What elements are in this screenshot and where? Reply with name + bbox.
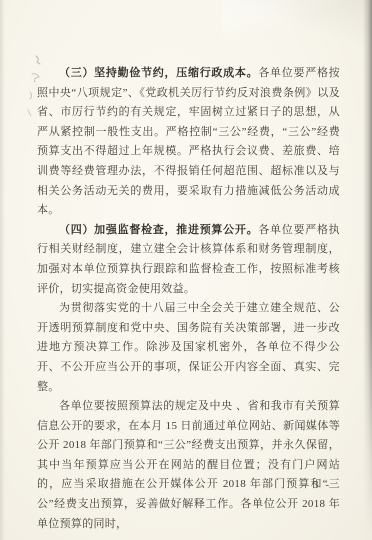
paragraph-clause-4: （四）加强监督检查，推进预算公开。各单位要严格执行相关财经制度，建立建全会计核算… <box>37 221 340 299</box>
paragraph-text: 各单位要按照预算法的规定及中央 、省和我市有关预算信息公开的要求，在本月 15 … <box>37 400 340 530</box>
paragraph-clause-3: （三）坚持勤俭节约，压缩行政成本。各单位要严格按照中央“八项规定”、《党政机关厉… <box>37 64 340 221</box>
paragraph-text: 各单位要严格按照中央“八项规定”、《党政机关厉行节约反对浪费条例》以及省、市厉行… <box>37 67 340 216</box>
paragraph-disclosure-requirements: 各单位要按照预算法的规定及中央 、省和我市有关预算信息公开的要求，在本月 15 … <box>37 397 340 534</box>
paragraph-text: 为贯彻落实党的十八届三中全会关于建立建全规范、公开透明预算制度和党中央、国务院有… <box>37 302 340 392</box>
scanned-document-page: （三）坚持勤俭节约，压缩行政成本。各单位要严格按照中央“八项规定”、《党政机关厉… <box>0 0 372 540</box>
page-number: - 3 - <box>303 479 331 491</box>
paragraph-policy-basis: 为贯彻落实党的十八届三中全会关于建立建全规范、公开透明预算制度和党中央、国务院有… <box>37 299 340 397</box>
document-body: （三）坚持勤俭节约，压缩行政成本。各单位要严格按照中央“八项规定”、《党政机关厉… <box>37 64 340 534</box>
scan-edge-shadow <box>363 0 372 540</box>
paragraph-lead: （三）坚持勤俭节约，压缩行政成本。 <box>59 67 258 79</box>
scan-edge-left <box>0 0 5 540</box>
paragraph-lead: （四）加强监督检查，推进预算公开。 <box>59 224 258 236</box>
